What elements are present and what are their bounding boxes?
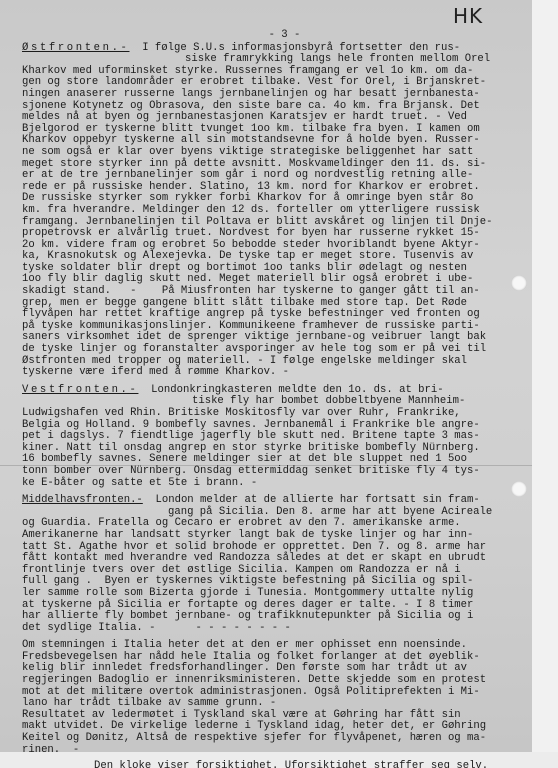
section-divider: - - - - - - - - — [156, 622, 291, 634]
section-ostfronten: Østfronten.- I følge S.U.s informasjonsb… — [22, 43, 527, 379]
closing-motto: Den kloke viser forsiktighet. Uforsiktig… — [22, 761, 527, 768]
section-heading: Middelhavsfronten.- — [22, 494, 143, 506]
section-heading: Vestfronten.- — [22, 384, 138, 396]
section-middelhavsfronten: Middelhavsfronten.- London melder at de … — [22, 495, 527, 634]
section-italia: Om stemningen i Italia heter det at den … — [22, 640, 527, 756]
page-number: - 3 - — [22, 30, 527, 42]
handwritten-initials: HK — [453, 4, 483, 28]
section-heading: Østfronten.- — [22, 42, 130, 54]
section-vestfronten: Vestfronten.- Londonkringkasteren meldte… — [22, 385, 527, 489]
document-body: - 3 - Østfronten.- I følge S.U.s informa… — [22, 30, 527, 768]
scan-margin-right — [532, 0, 558, 768]
